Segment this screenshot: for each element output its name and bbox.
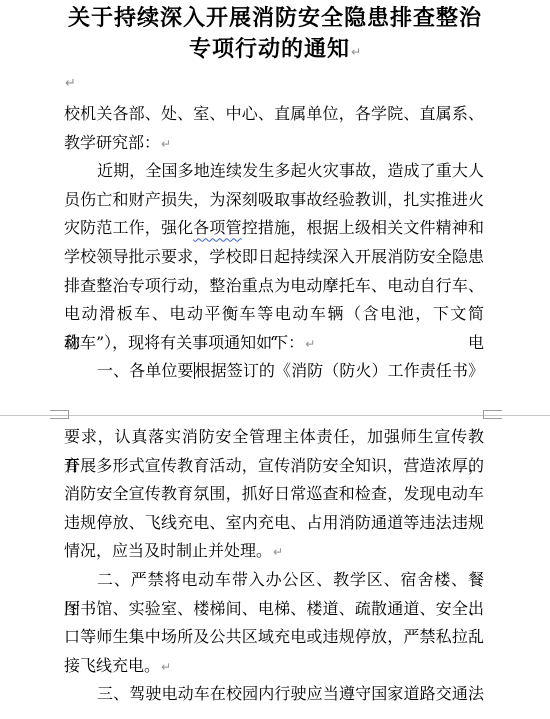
text-boundary-mark-right: [483, 410, 502, 419]
doc-line: 图书馆、实验室、楼梯间、电梯、楼道、疏散通道、安全出: [64, 595, 484, 624]
page2-text-area[interactable]: 要求，认真落实消防安全管理主体责任，加强师生宣传教育， 开展多形式宣传教育活动，…: [64, 423, 484, 709]
spellcheck-squiggle: 各项管: [193, 218, 241, 237]
doc-line: 教学研究部：↵: [64, 129, 484, 158]
doc-line: 开展多形式宣传教育活动，宣传消防安全知识，营造浓厚的: [64, 452, 484, 481]
doc-line: 近期，全国多地连续发生多起火灾事故，造成了重大人: [64, 157, 484, 186]
text-boundary-mark-left: [50, 410, 69, 419]
paragraph-mark-icon: ↵: [305, 337, 315, 351]
doc-line: 排查整治专项行动，整治重点为电动摩托车、电动自行车、: [64, 272, 484, 301]
page1-text-area[interactable]: 校机关各部、处、室、中心、直属单位，各学院、直属系、 教学研究部：↵ 近期，全国…: [64, 100, 484, 386]
word-document-page: { "colors": { "text": "#000000", "paragr…: [0, 0, 550, 719]
doc-line: 接飞线充电。↵: [64, 652, 484, 681]
paragraph-mark-icon: ↵: [351, 45, 361, 59]
doc-line: 校机关各部、处、室、中心、直属单位，各学院、直属系、: [64, 100, 484, 129]
doc-line: 员伤亡和财产损失，为深刻吸取事故经验教训，扎实推进火: [64, 186, 484, 215]
doc-line: 三、驾驶电动车在校园内行驶应当遵守国家道路交通法: [64, 680, 484, 709]
doc-line: 情况，应当及时制止并处理。↵: [64, 537, 484, 566]
doc-line: 电动滑板车、电动平衡车等电动车辆（含电池，下文简称“电: [64, 300, 484, 329]
doc-line: 消防安全宣传教育氛围，抓好日常巡查和检查，发现电动车: [64, 480, 484, 509]
doc-line: 二、严禁将电动车带入办公区、教学区、宿舍楼、餐厅、: [64, 566, 484, 595]
paragraph-mark-icon: ↵: [161, 137, 171, 151]
doc-line: 灾防范工作，强化各项管控措施，根据上级相关文件精神和: [64, 214, 484, 243]
doc-title-line-2: 专项行动的通知↵: [0, 34, 550, 68]
doc-title-line-1: 关于持续深入开展消防安全隐患排查整治: [0, 3, 550, 34]
paragraph-mark-icon: ↵: [273, 545, 283, 559]
doc-line: 一、各单位要根据签订的《消防（防火）工作责任书》: [64, 357, 484, 386]
paragraph-mark-icon: ↵: [65, 76, 76, 91]
doc-line: 口等师生集中场所及公共区域充电或违规停放，严禁私拉乱: [64, 623, 484, 652]
paragraph-mark-icon: ↵: [161, 660, 171, 674]
page-boundary-line: [0, 415, 550, 416]
doc-line: 要求，认真落实消防安全管理主体责任，加强师生宣传教育，: [64, 423, 484, 452]
doc-title: 关于持续深入开展消防安全隐患排查整治 专项行动的通知↵: [0, 3, 550, 68]
doc-line: 违规停放、飞线充电、室内充电、占用消防通道等违法违规: [64, 509, 484, 538]
doc-line: 学校领导批示要求，学校即日起持续深入开展消防安全隐患: [64, 243, 484, 272]
